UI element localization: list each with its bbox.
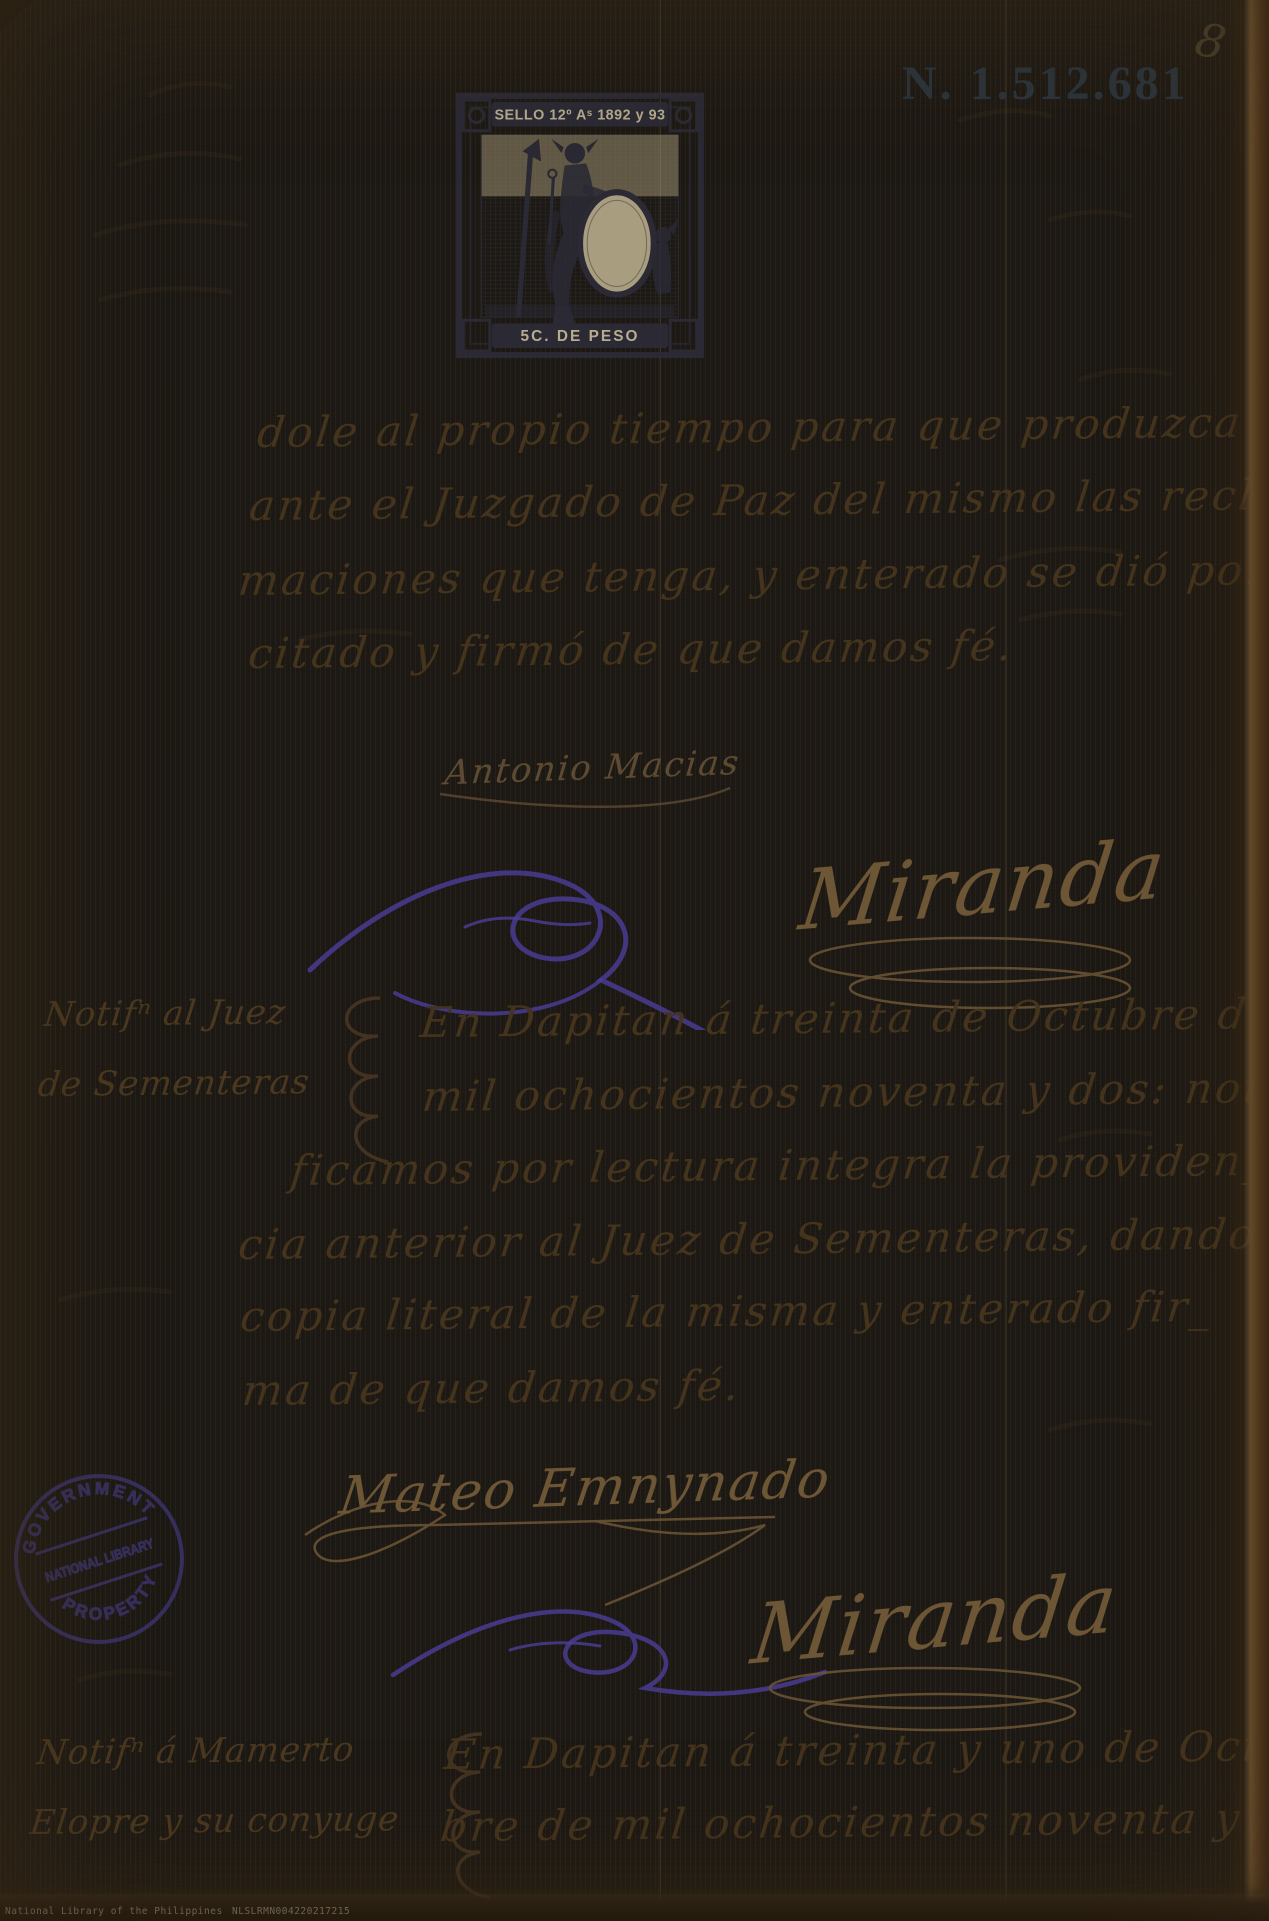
page-corner-shadow	[0, 0, 34, 30]
margin-note-line: de Sementeras	[36, 1062, 312, 1105]
handwritten-line: En Dapitan á treinta y uno de Octu_	[442, 1721, 1269, 1779]
national-library-stamp-icon: GOVERNMENT NATIONAL LIBRARY PROPERTY	[0, 1447, 211, 1671]
handwritten-line: bre de mil ochocientos noventa y dos:	[438, 1792, 1269, 1851]
stamp-serial-number: N. 1.512.681	[902, 56, 1189, 111]
handwritten-line: ante el Juzgado de Paz del mismo las rec…	[247, 470, 1269, 530]
attestation-underline	[430, 780, 750, 820]
handwritten-line: copia literal de la misma y enterado fir…	[238, 1282, 1217, 1341]
handwritten-line: mil ochocientos noventa y dos: noti_	[420, 1063, 1269, 1121]
handwritten-line: maciones que tenga, y enterado se dió po…	[236, 545, 1269, 605]
scan-footer-strip: National Library of the Philippines NLSL…	[0, 1894, 1269, 1921]
stamp-denomination: 5C. DE PESO	[521, 328, 640, 345]
margin-note-line: Elopre y su conyuge	[28, 1799, 402, 1843]
reference-code-label: NLSLRMN004220217215	[232, 1906, 350, 1917]
revenue-stamp-icon: SELLO 12º Aˢ 1892 y 93	[455, 88, 705, 363]
handwritten-line: ficamos por lectura integra la providen_	[288, 1136, 1269, 1195]
stamp-top-banner: SELLO 12º Aˢ 1892 y 93	[494, 107, 665, 123]
library-stamp-center: NATIONAL LIBRARY	[43, 1536, 155, 1585]
handwritten-line: dole al propio tiempo para que produzca	[255, 398, 1245, 457]
handwritten-line: citado y firmó de que damos fé.	[246, 621, 1017, 678]
library-name-label: National Library of the Philippines	[5, 1906, 223, 1917]
book-binding-edge	[1243, 0, 1269, 1921]
document-scan-page: SELLO 12º Aˢ 1892 y 93	[0, 0, 1269, 1921]
margin-note-line: Notifⁿ á Mamerto	[35, 1730, 357, 1773]
handwritten-line: ma de que damos fé.	[240, 1361, 744, 1415]
margin-note-line: Notifⁿ al Juez	[42, 992, 288, 1035]
handwritten-line: En Dapitan á treinta de Octubre de	[418, 989, 1269, 1047]
handwritten-line: cia anterior al Juez de Sementeras, dand…	[236, 1209, 1269, 1269]
corner-pencil-mark: 8	[1191, 12, 1231, 71]
